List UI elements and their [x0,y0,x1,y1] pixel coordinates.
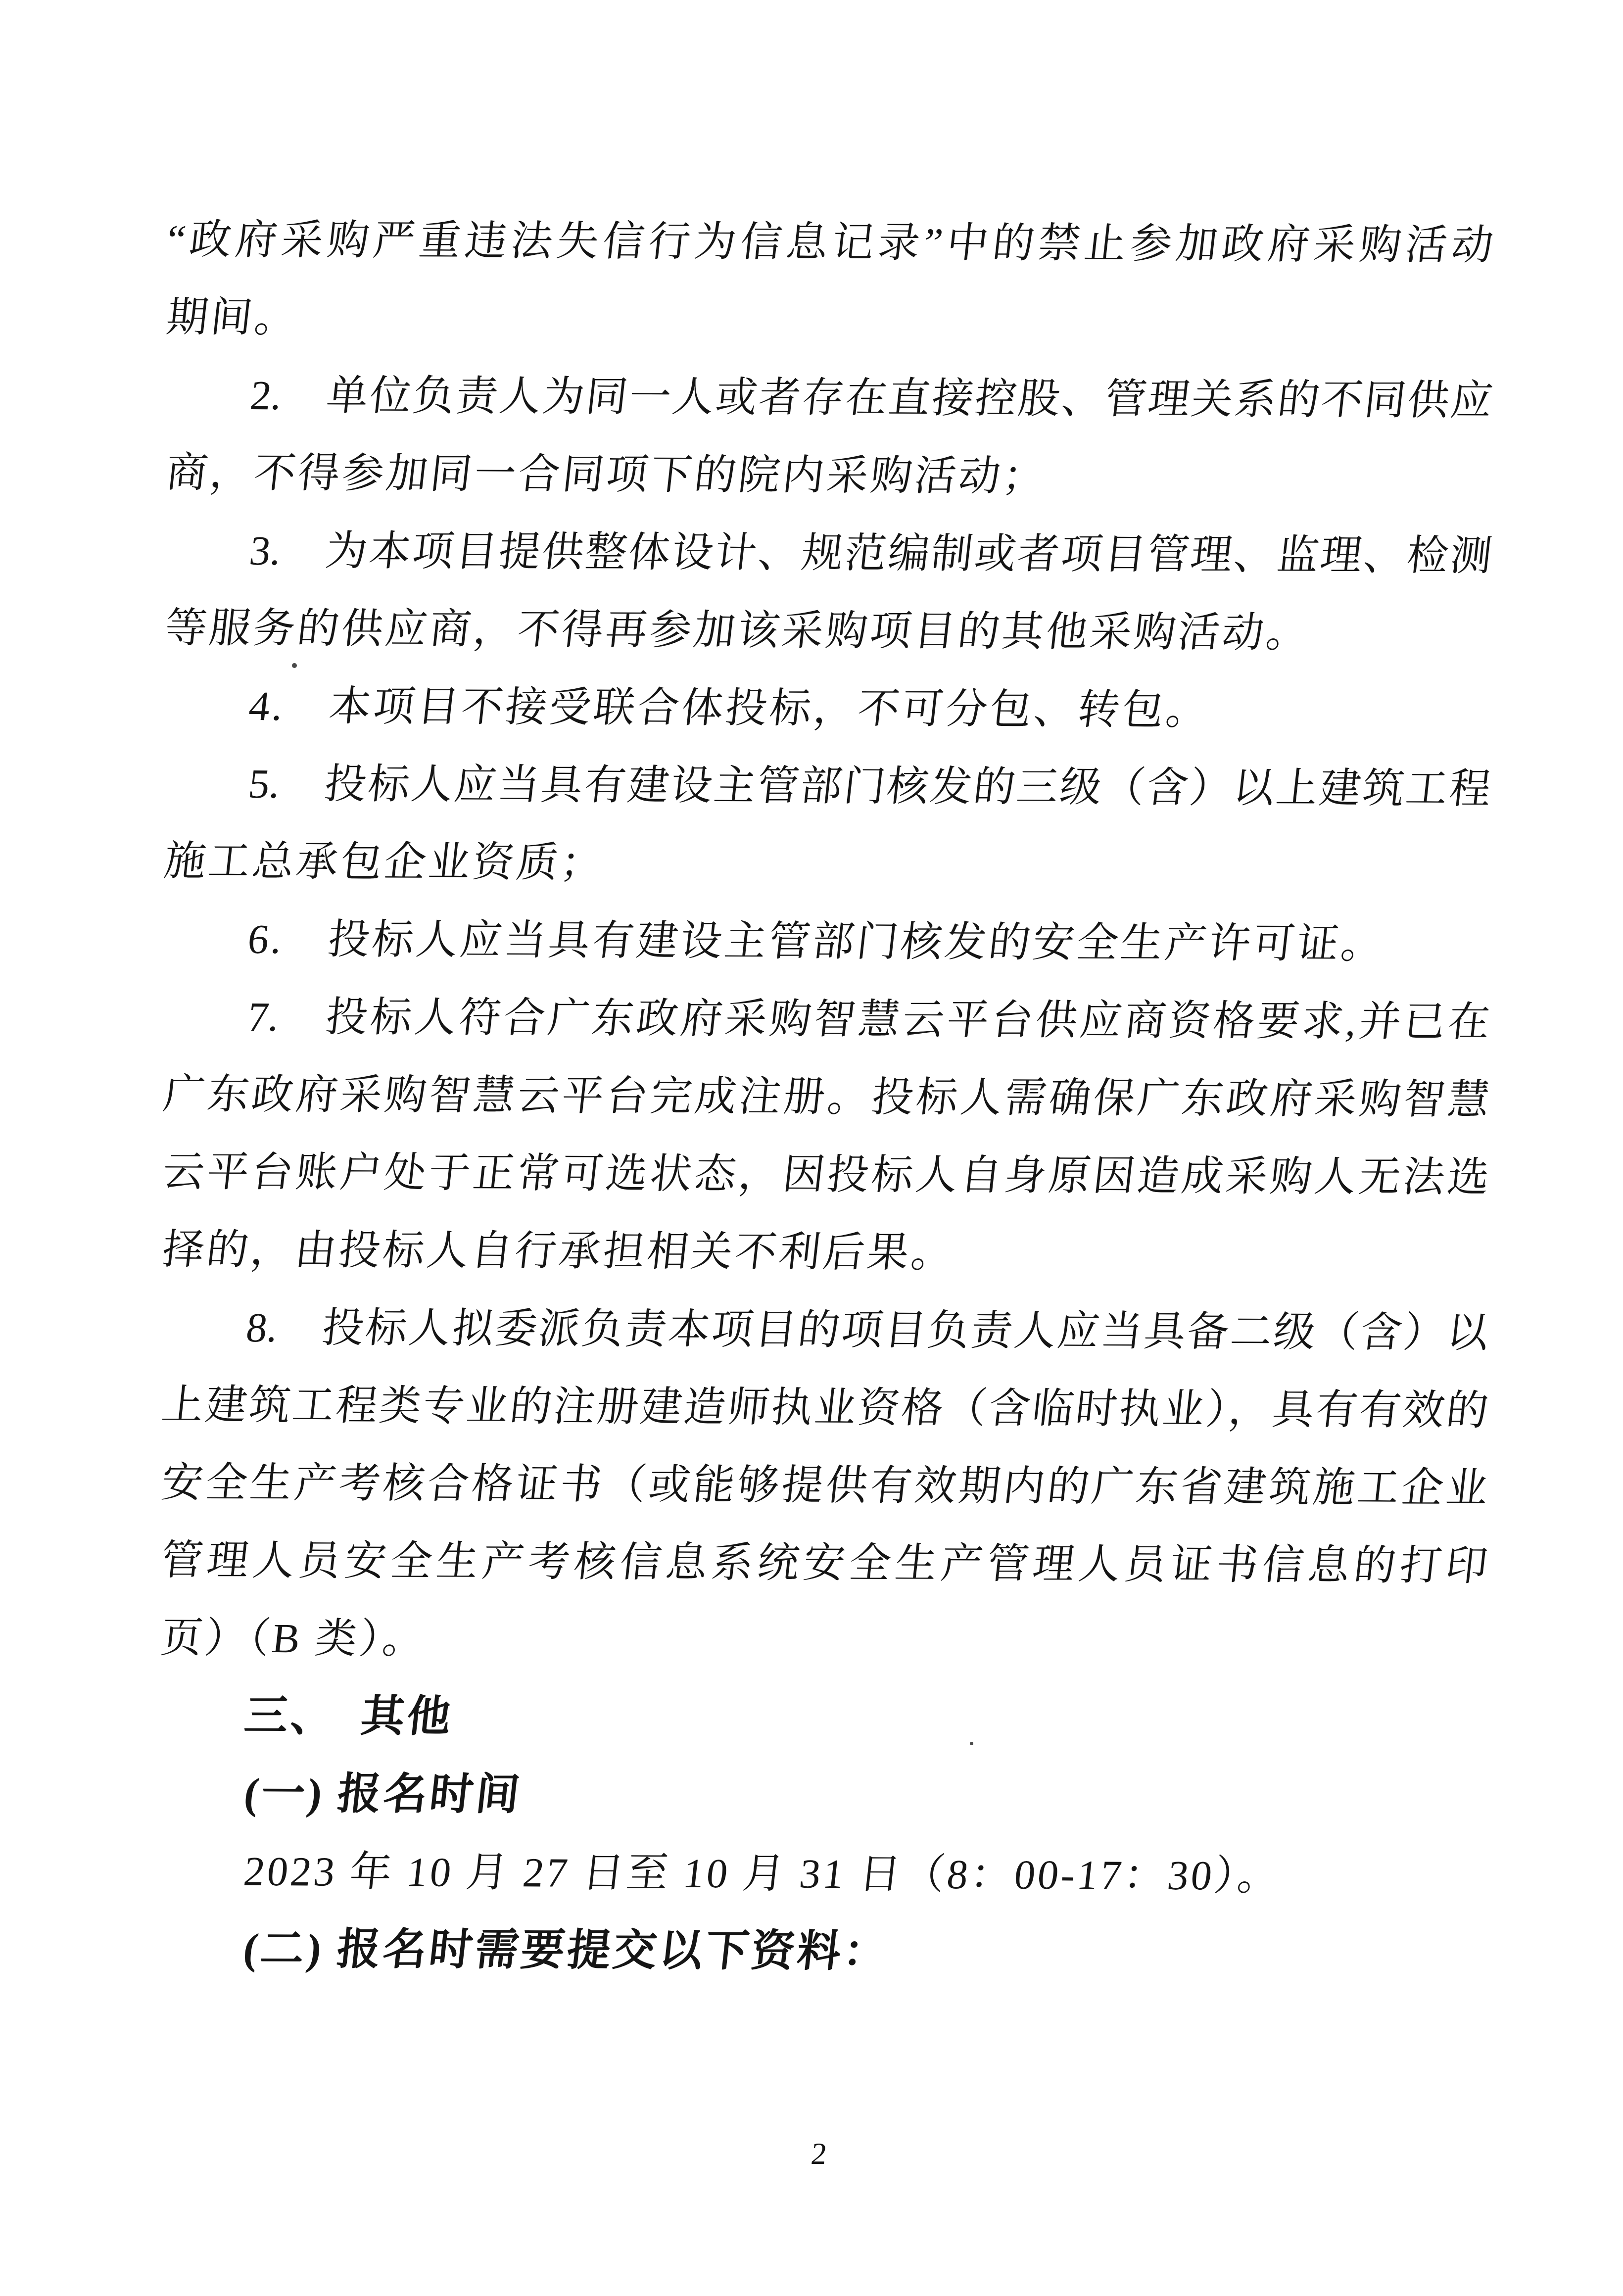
body-text-line: 择的，由投标人自行承担相关不利后果。 [158,1211,1493,1294]
body-text-line: 页）（B 类）。 [157,1599,1491,1683]
document-text-block: “政府采购严重违法失信行为信息记录”中的禁止参加政府采购活动期间。2. 单位负责… [159,201,1493,1994]
body-text-line: 7. 投标人符合广东政府采购智慧云平台供应商资格要求,并已在 [159,978,1494,1061]
scan-artifact-dot [970,1742,973,1745]
heading-line: (一) 报名时间 [156,1755,1490,1838]
body-text-line: 施工总承包企业资质； [160,822,1494,906]
document-page: “政府采购严重违法失信行为信息记录”中的禁止参加政府采购活动期间。2. 单位负责… [0,0,1623,2296]
body-text-line: 上建筑工程类专业的注册建造师执业资格（含临时执业），具有有效的 [158,1366,1492,1450]
body-text-line: 广东政府采购智慧云平台完成注册。投标人需确保广东政府采购智慧 [159,1055,1493,1139]
body-text-line: 3. 为本项目提供整体设计、规范编制或者项目管理、监理、检测 [161,512,1496,595]
scan-artifact-dot [292,663,297,668]
body-text-line: 等服务的供应商，不得再参加该采购项目的其他采购活动。 [161,589,1496,673]
body-text-line: 管理人员安全生产考核信息系统安全生产管理人员证书信息的打印 [157,1522,1491,1605]
page-number: 2 [0,2137,1623,2172]
body-text-line: 安全生产考核合格证书（或能够提供有效期内的广东省建筑施工企业 [157,1444,1492,1528]
body-text-line: 2023 年 10 月 27 日至 10 月 31 日（8：00-17：30）。 [156,1832,1490,1916]
heading-line: (二) 报名时需要提交以下资料： [155,1910,1490,1994]
body-text-line: 云平台账户处于正常可选状态，因投标人自身原因造成采购人无法选 [159,1133,1493,1217]
body-text-line: 期间。 [162,279,1497,362]
body-text-line: 4. 本项目不接受联合体投标，不可分包、转包。 [161,667,1495,751]
body-text-line: 6. 投标人应当具有建设主管部门核发的安全生产许可证。 [160,900,1494,984]
body-text-line: 8. 投标人拟委派负责本项目的项目负责人应当具备二级（含）以 [158,1289,1492,1372]
heading-line: 三、 其他 [156,1677,1491,1761]
body-text-line: “政府采购严重违法失信行为信息记录”中的禁止参加政府采购活动 [163,201,1497,285]
body-text-line: 2. 单位负责人为同一人或者存在直接控股、管理关系的不同供应 [162,356,1497,440]
body-text-line: 商，不得参加同一合同项下的院内采购活动； [162,434,1496,518]
body-text-line: 5. 投标人应当具有建设主管部门核发的三级（含）以上建筑工程 [160,745,1495,828]
